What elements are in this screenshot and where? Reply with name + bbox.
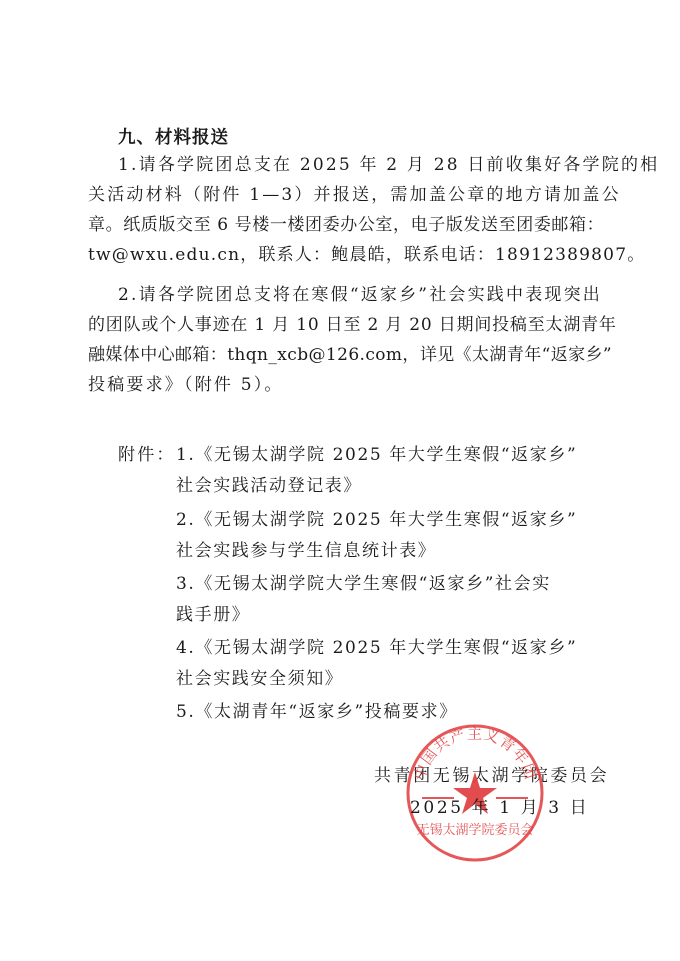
document-page: 九、材料报送 1.请各学院团总支在 2025 年 2 月 28 日前收集好各学院… <box>0 0 680 961</box>
signature-date: 2025 年 1 月 3 日 <box>410 797 589 819</box>
attachment-item: 践手册》 <box>176 604 250 626</box>
attachment-item: 4.《无锡太湖学院 2025 年大学生寒假“返家乡” <box>176 637 577 659</box>
paragraph1-line: 关活动材料（附件 1—3）并报送，需加盖公章的地方请加盖公 <box>88 184 593 206</box>
section-heading: 九、材料报送 <box>118 124 229 149</box>
paragraph1-line: 1.请各学院团总支在 2025 年 2 月 28 日前收集好各学院的相 <box>118 154 593 176</box>
official-seal-icon: 中国共产主义青年团 无锡太湖学院委员会 <box>404 722 546 864</box>
attachment-item: 5.《太湖青年“返家乡”投稿要求》 <box>176 701 458 723</box>
attachment-item: 社会实践活动登记表》 <box>176 475 362 497</box>
paragraph2-line: 投稿要求》（附件 5）。 <box>88 374 593 396</box>
attachment-item: 社会实践参与学生信息统计表》 <box>176 540 436 562</box>
paragraph2-line: 融媒体中心邮箱：thqn_xcb@126.com，详见《太湖青年“返家乡” <box>88 344 593 366</box>
attachment-item: 2.《无锡太湖学院 2025 年大学生寒假“返家乡” <box>176 509 577 531</box>
paragraph1-line: tw@wxu.edu.cn，联系人：鲍晨皓，联系电话：18912389807。 <box>88 244 593 266</box>
attachment-item: 社会实践安全须知》 <box>176 668 343 690</box>
attachment-item: 3.《无锡太湖学院大学生寒假“返家乡”社会实 <box>176 573 551 595</box>
paragraph2-line: 的团队或个人事迹在 1 月 10 日至 2 月 20 日期间投稿至太湖青年 <box>88 314 593 336</box>
attachments-label: 附件： <box>118 444 176 466</box>
paragraph2-line: 2.请各学院团总支将在寒假“返家乡”社会实践中表现突出 <box>118 284 593 306</box>
seal-bottom-text: 无锡太湖学院委员会 <box>416 822 533 838</box>
paragraph1-line: 章。纸质版交至 6 号楼一楼团委办公室，电子版发送至团委邮箱： <box>88 214 593 236</box>
attachment-item: 1.《无锡太湖学院 2025 年大学生寒假“返家乡” <box>176 444 577 466</box>
